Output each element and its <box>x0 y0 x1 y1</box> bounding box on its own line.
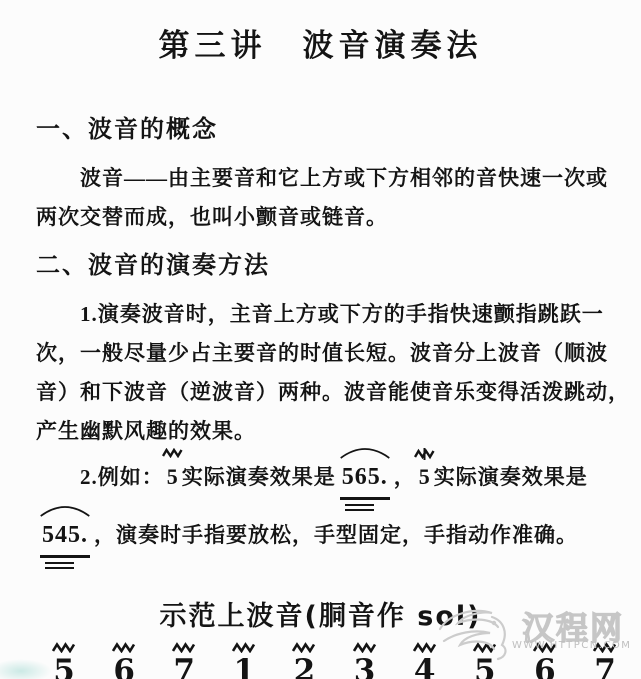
slur-arc-icon <box>38 503 92 517</box>
demo-note: 5 <box>52 642 76 679</box>
note-digit: 5 <box>419 464 431 489</box>
demo-note: 3 <box>353 642 377 679</box>
section1-heading: 一、波音的概念 <box>36 115 641 145</box>
demo-note: 7 <box>172 642 196 679</box>
paragraph-line: 波音——由主要音和它上方或下方相邻的音快速一次或 <box>36 159 605 198</box>
beam-line <box>345 504 374 506</box>
upper-mordent-icon <box>162 448 184 458</box>
notation-row: 5 6 7 1 2 3 4 5 6 7 <box>52 642 617 679</box>
notation-group-545: 545. <box>40 516 90 558</box>
paragraph-line: 1.演奏波音时，主音上方或下方的手指快速颤指跳跃一 <box>36 295 605 334</box>
upper-mordent-icon <box>52 642 76 653</box>
note-digit: 5 <box>474 656 496 679</box>
note-digit: 3 <box>354 656 376 679</box>
note-digit: 5 <box>167 464 179 489</box>
note-digit: 1 <box>234 656 256 679</box>
group-digits: 565. <box>340 458 390 500</box>
example-separator: ， <box>394 465 416 489</box>
upper-mordent-icon <box>533 642 557 653</box>
section1-paragraph: 波音——由主要音和它上方或下方相邻的音快速一次或 两次交替而成，也叫小颤音或链音… <box>36 159 605 237</box>
notation-group-565: 565. <box>340 458 390 500</box>
note-digit: 7 <box>173 656 195 679</box>
upper-mordent-icon <box>112 642 136 653</box>
demo-note: 6 <box>533 642 557 679</box>
example-line-1: 2.例如：5实际演奏效果是565.，5实际演奏效果是 <box>36 457 605 500</box>
demo-note: 5 <box>473 642 497 679</box>
beam-line <box>345 509 374 511</box>
ornamented-note: 5 <box>419 457 431 497</box>
example-suffix: ，演奏时手指要放松，手型固定，手指动作准确。 <box>94 523 578 547</box>
demo-note: 7 <box>593 642 617 679</box>
demo-note: 4 <box>413 642 437 679</box>
upper-mordent-icon <box>353 642 377 653</box>
example-prefix: 2.例如： <box>80 465 164 489</box>
section2-heading: 二、波音的演奏方法 <box>36 251 641 281</box>
note-digit: 2 <box>294 656 316 679</box>
lower-mordent-icon <box>414 448 436 460</box>
note-digit: 4 <box>414 656 436 679</box>
upper-mordent-icon <box>232 642 256 653</box>
page-title: 第三讲 波音演奏法 <box>0 0 641 65</box>
upper-mordent-icon <box>413 642 437 653</box>
upper-mordent-icon <box>473 642 497 653</box>
paragraph-line: 音）和下波音（逆波音）两种。波音能使音乐变得活泼跳动， <box>36 373 605 412</box>
paragraph-line: 两次交替而成，也叫小颤音或链音。 <box>36 198 605 237</box>
demo-note: 6 <box>112 642 136 679</box>
ornamented-note: 5 <box>167 457 179 497</box>
upper-mordent-icon <box>172 642 196 653</box>
demo-note: 1 <box>232 642 256 679</box>
slur-arc-icon <box>338 445 392 459</box>
beam-line <box>45 562 74 564</box>
scanned-page: 第三讲 波音演奏法 一、波音的概念 波音——由主要音和它上方或下方相邻的音快速一… <box>0 0 641 679</box>
scan-artifact <box>0 659 52 679</box>
paragraph-line: 次，一般尽量少占主要音的时值长短。波音分上波音（顺波 <box>36 334 605 373</box>
example-text: 实际演奏效果是 <box>434 465 588 489</box>
group-digits: 545. <box>40 516 90 558</box>
upper-mordent-icon <box>292 642 316 653</box>
note-digit: 6 <box>534 656 556 679</box>
note-digit: 5 <box>53 656 75 679</box>
demo-heading: 示范上波音(胴音作 sol) <box>0 594 641 633</box>
example-line-2: 545.，演奏时手指要放松，手型固定，手指动作准确。 <box>36 516 605 558</box>
paragraph-line: 产生幽默风趣的效果。 <box>36 412 605 451</box>
section2-paragraph: 1.演奏波音时，主音上方或下方的手指快速颤指跳跃一 次，一般尽量少占主要音的时值… <box>36 295 605 451</box>
demo-note: 2 <box>292 642 316 679</box>
upper-mordent-icon <box>593 642 617 653</box>
note-digit: 6 <box>113 656 135 679</box>
example-text: 实际演奏效果是 <box>182 465 336 489</box>
note-digit: 7 <box>594 656 616 679</box>
beam-line <box>45 567 74 569</box>
